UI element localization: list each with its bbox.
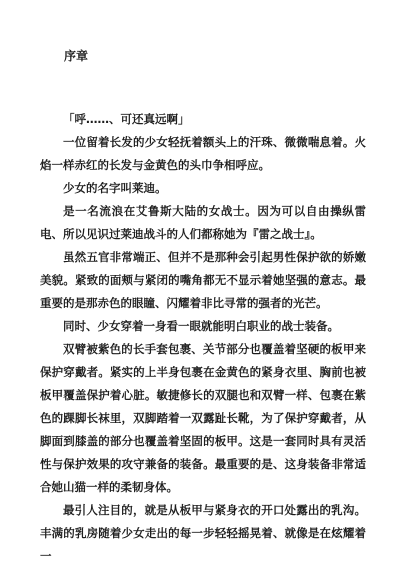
- paragraph: 是一名流浪在艾鲁斯大陆的女战士。因为可以自由操纵雷电、所以见识过莱迪战斗的人们都…: [40, 200, 366, 246]
- paragraph: 双臂被紫色的长手套包裹、关节部分也覆盖着坚硬的板甲来保护穿戴者。紧实的上半身包裹…: [40, 338, 366, 499]
- paragraph: 一位留着长发的少女轻抚着额头上的汗珠、微微喘息着。火焰一样赤红的长发与金黄色的头…: [40, 131, 366, 177]
- paragraph: 「呼……、可还真远啊」: [40, 108, 366, 131]
- paragraph: 虽然五官非常端正、但并不是那种会引起男性保护欲的娇嫩美貌。紧致的面颊与紧闭的嘴角…: [40, 246, 366, 315]
- paragraph: 同时、少女穿着一身看一眼就能明白职业的战士装备。: [40, 315, 366, 338]
- chapter-title: 序章: [40, 45, 366, 68]
- page-content: 序章 「呼……、可还真远啊」一位留着长发的少女轻抚着额头上的汗珠、微微喘息着。火…: [0, 0, 399, 565]
- document-page: 序章 「呼……、可还真远啊」一位留着长发的少女轻抚着额头上的汗珠、微微喘息着。火…: [0, 0, 399, 565]
- paragraph: 最引人注目的，就是从板甲与紧身衣的开口处露出的乳沟。丰满的乳房随着少女走出的每一…: [40, 499, 366, 565]
- body-text: 「呼……、可还真远啊」一位留着长发的少女轻抚着额头上的汗珠、微微喘息着。火焰一样…: [40, 108, 366, 565]
- paragraph: 少女的名字叫莱迪。: [40, 177, 366, 200]
